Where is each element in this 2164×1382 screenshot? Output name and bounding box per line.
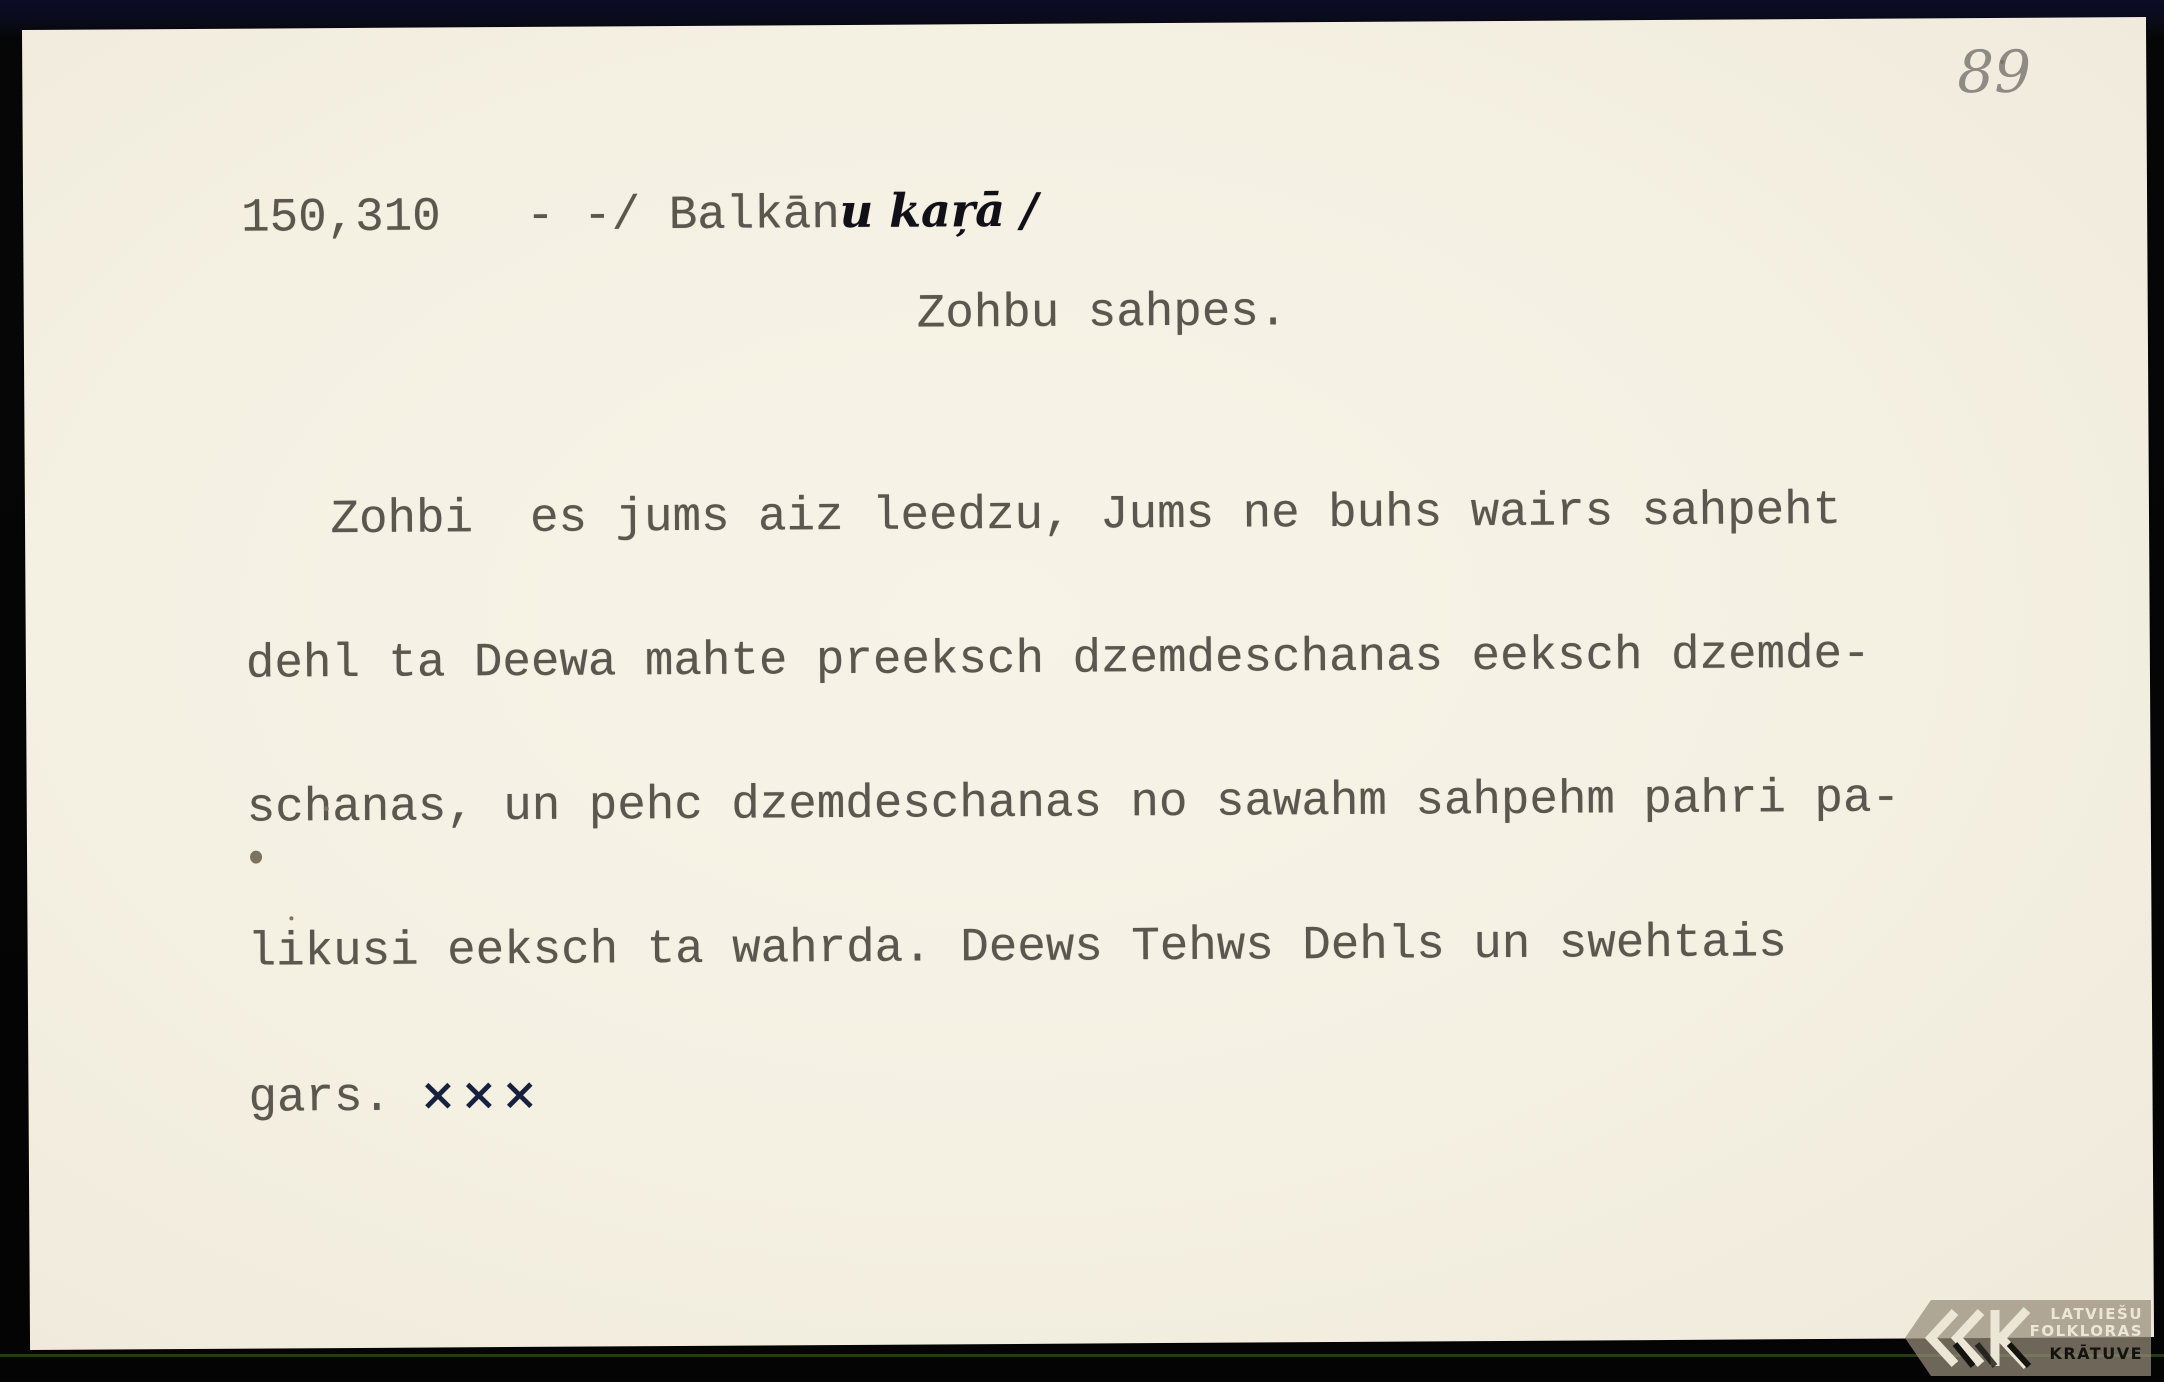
reference-prefix: - -/: [441, 189, 669, 244]
scanner-edge-line: [0, 1354, 2164, 1357]
logo-text-line2: FOLKLORAS: [2030, 1323, 2143, 1340]
reference-number: 150,310: [241, 190, 441, 245]
paper-stain: [250, 851, 262, 864]
logo-text-line1: LATVIEŠU: [2050, 1306, 2143, 1323]
charm-text: Zohbi es jums aiz leedzu, Jums ne buhs w…: [244, 391, 1902, 1217]
index-card: 89 150,310 - -/ Balkānu kaŗā / Zohbu sah…: [22, 17, 2154, 1350]
text-line: Zohbi es jums aiz leedzu, Jums ne buhs w…: [245, 487, 1899, 545]
scanned-archive-card: 89 150,310 - -/ Balkānu kaŗā / Zohbu sah…: [0, 0, 2164, 1382]
handwritten-word: kaŗā /: [873, 183, 1038, 238]
logo-text-line3: KRĀTUVE: [2049, 1345, 2143, 1362]
chevron-k-logo-icon: [1915, 1304, 2035, 1372]
handwritten-page-number: 89: [1957, 38, 2031, 106]
paper-stain: [2000, 60, 2004, 64]
paper-stain: [324, 806, 329, 811]
charm-title: Zohbu sahpes.: [917, 288, 1288, 338]
text-line: dehl ta Deewa mahte preeksch dzemdeschan…: [246, 631, 1900, 689]
archive-watermark-logo: LATVIEŠU FOLKLORAS KRĀTUVE: [1905, 1300, 2151, 1376]
paper-stain: [289, 916, 293, 920]
text-line-end: gars.: [248, 1071, 419, 1126]
text-line: gars. ×××: [248, 1063, 1902, 1121]
handwritten-correction: u: [840, 184, 874, 238]
text-line: likusi eeksch ta wahrda. Deews Tehws Deh…: [247, 919, 1901, 977]
text-line: schanas, un pehc dzemdeschanas no sawahm…: [247, 775, 1901, 833]
reference-line: 150,310 - -/ Balkānu kaŗā /: [241, 186, 1038, 243]
typed-place-name: Balkān: [669, 188, 840, 243]
handwritten-cross-marks: ×××: [419, 1069, 542, 1121]
